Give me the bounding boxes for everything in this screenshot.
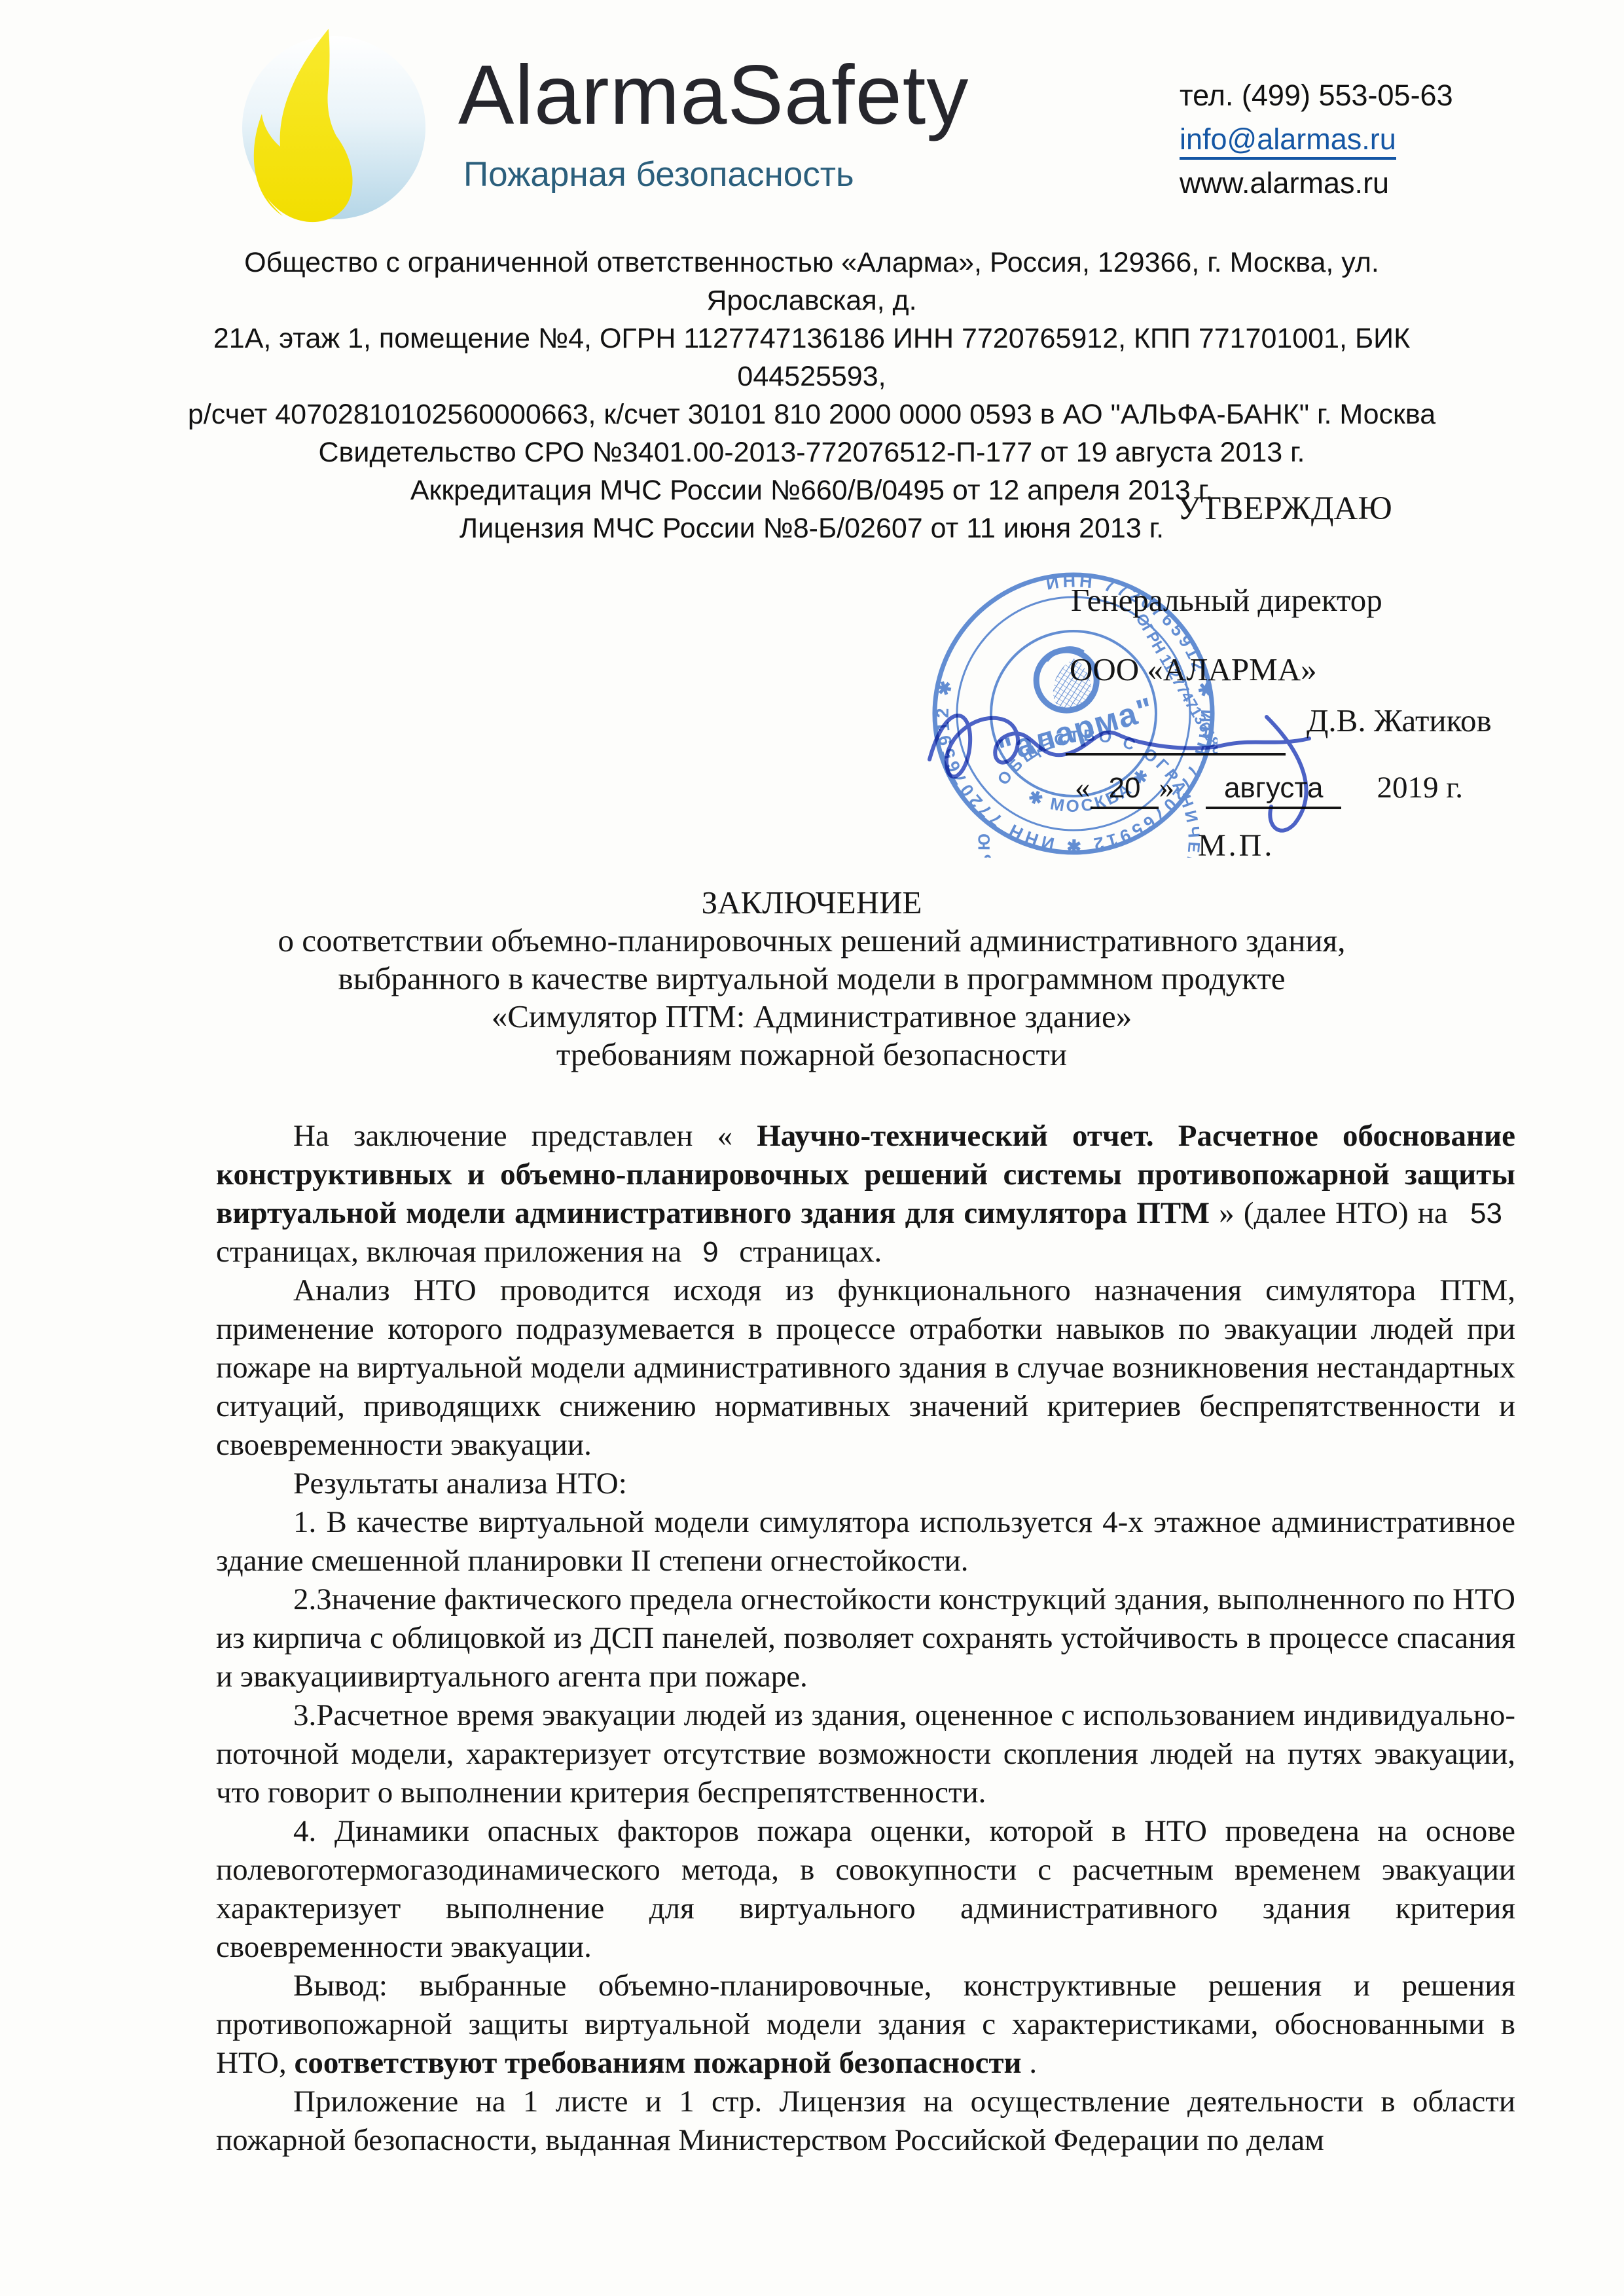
title-line: о соответствии объемно-планировочных реш… bbox=[157, 922, 1466, 960]
contact-website: www.alarmas.ru bbox=[1180, 161, 1453, 205]
bold-text-segment: соответствуют требованиям пожарной безоп… bbox=[294, 2046, 1021, 2080]
text-segment: 2.Значение фактического предела огнестой… bbox=[216, 1582, 1515, 1694]
title-line: требованиям пожарной безопасности bbox=[157, 1036, 1466, 1074]
text-segment: 3.Расчетное время эвакуации людей из зда… bbox=[216, 1698, 1515, 1810]
flame-sphere-logo-icon bbox=[230, 26, 427, 223]
paragraph: Результаты анализа НТО: bbox=[216, 1465, 1515, 1503]
document-heading: ЗАКЛЮЧЕНИЕ bbox=[157, 884, 1466, 922]
paragraph: Анализ НТО проводится исходя из функцион… bbox=[216, 1271, 1515, 1465]
text-segment: . bbox=[1029, 2046, 1037, 2080]
paragraph: 4. Динамики опасных факторов пожара оцен… bbox=[216, 1812, 1515, 1967]
conclusion-title-block: ЗАКЛЮЧЕНИЕ о соответствии объемно-планир… bbox=[157, 884, 1466, 1074]
text-segment: страницах. bbox=[739, 1235, 882, 1269]
brand-tagline: Пожарная безопасность bbox=[463, 157, 854, 192]
company-info-line: Общество с ограниченной ответственностью… bbox=[157, 244, 1466, 319]
title-line: выбранного в качестве виртуальной модели… bbox=[157, 960, 1466, 998]
text-segment: Анализ НТО проводится исходя из функцион… bbox=[216, 1273, 1515, 1462]
text-segment: На заключение представлен « bbox=[293, 1119, 732, 1153]
text-segment: » (далее НТО) на bbox=[1219, 1196, 1448, 1230]
paragraph: 1. В качестве виртуальной модели симулят… bbox=[216, 1503, 1515, 1580]
contact-phone: тел. (499) 553-05-63 bbox=[1180, 73, 1453, 117]
contact-block: тел. (499) 553-05-63 info@alarmas.ru www… bbox=[1180, 73, 1453, 205]
company-info-line: 21А, этаж 1, помещение №4, ОГРН 11277471… bbox=[157, 319, 1466, 395]
text-segment: 1. В качестве виртуальной модели симулят… bbox=[216, 1505, 1515, 1578]
text-segment: страницах, включая приложения на bbox=[216, 1235, 681, 1269]
text-segment: Приложение на 1 листе и 1 стр. Лицензия … bbox=[216, 2085, 1515, 2157]
document-body: На заключение представлен « Научно-техни… bbox=[216, 1117, 1515, 2160]
paragraph: 3.Расчетное время эвакуации людей из зда… bbox=[216, 1696, 1515, 1812]
scanned-document-page: AlarmaSafety Пожарная безопасность тел. … bbox=[0, 0, 1624, 2296]
paragraph: Приложение на 1 листе и 1 стр. Лицензия … bbox=[216, 2083, 1515, 2160]
paragraph: На заключение представлен « Научно-техни… bbox=[216, 1117, 1515, 1271]
text-segment: Результаты анализа НТО: bbox=[293, 1467, 627, 1501]
text-segment: 4. Динамики опасных факторов пожара оцен… bbox=[216, 1814, 1515, 1964]
typed-number: 9 bbox=[689, 1236, 731, 1268]
contact-email-link[interactable]: info@alarmas.ru bbox=[1180, 122, 1396, 160]
signature-scribble bbox=[910, 655, 1381, 851]
title-line: «Симулятор ПТМ: Административное здание» bbox=[157, 998, 1466, 1036]
brand-title: AlarmaSafety bbox=[458, 54, 969, 137]
paragraph: Вывод: выбранные объемно-планировочные, … bbox=[216, 1967, 1515, 2083]
date-year: 2019 г. bbox=[1377, 771, 1462, 805]
company-info-line: р/счет 40702810102560000663, к/счет 3010… bbox=[157, 395, 1466, 433]
typed-number: 53 bbox=[1457, 1197, 1515, 1230]
company-info-line: Свидетельство СРО №3401.00-2013-77207651… bbox=[157, 433, 1466, 471]
approve-label: УТВЕРЖДАЮ bbox=[1177, 490, 1392, 528]
paragraph: 2.Значение фактического предела огнестой… bbox=[216, 1580, 1515, 1696]
